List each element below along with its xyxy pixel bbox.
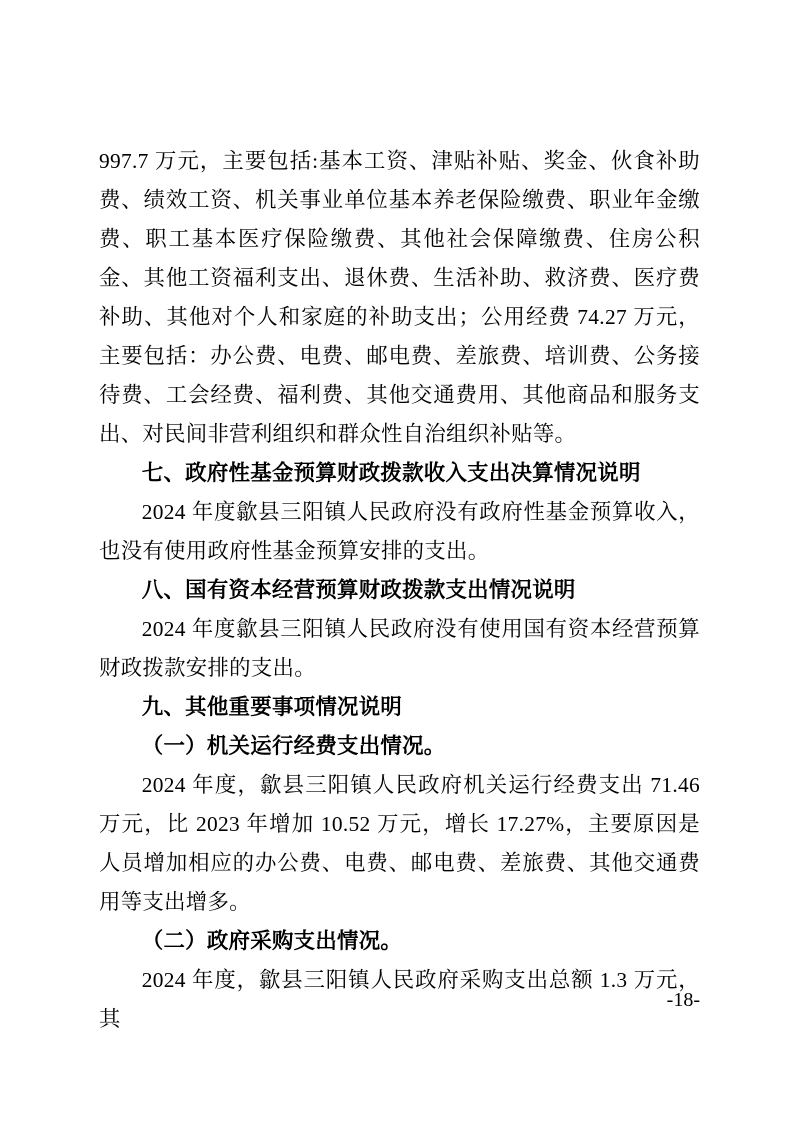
subsection-heading-government-procurement: （二）政府采购支出情况。: [99, 922, 700, 961]
paragraph-salary-expense-detail: 997.7 万元，主要包括:基本工资、津贴补贴、奖金、伙食补助费、绩效工资、机关…: [99, 142, 700, 454]
document-body: 997.7 万元，主要包括:基本工资、津贴补贴、奖金、伙食补助费、绩效工资、机关…: [99, 142, 700, 1039]
paragraph-agency-operating-expense-detail: 2024 年度，歙县三阳镇人民政府机关运行经费支出 71.46 万元，比 202…: [99, 766, 700, 922]
page-number: -18-: [667, 988, 700, 1012]
paragraph-government-procurement-detail: 2024 年度，歙县三阳镇人民政府采购支出总额 1.3 万元，其: [99, 961, 700, 1039]
paragraph-state-capital-statement: 2024 年度歙县三阳镇人民政府没有使用国有资本经营预算财政拨款安排的支出。: [99, 610, 700, 688]
paragraph-government-fund-statement: 2024 年度歙县三阳镇人民政府没有政府性基金预算收入，也没有使用政府性基金预算…: [99, 493, 700, 571]
section-heading-government-fund-budget: 七、政府性基金预算财政拨款收入支出决算情况说明: [99, 454, 700, 493]
document-page: 997.7 万元，主要包括:基本工资、津贴补贴、奖金、伙食补助费、绩效工资、机关…: [0, 0, 793, 1122]
subsection-heading-agency-operating-expense: （一）机关运行经费支出情况。: [99, 727, 700, 766]
section-heading-state-capital-budget: 八、国有资本经营预算财政拨款支出情况说明: [99, 571, 700, 610]
section-heading-other-important-matters: 九、其他重要事项情况说明: [99, 688, 700, 727]
